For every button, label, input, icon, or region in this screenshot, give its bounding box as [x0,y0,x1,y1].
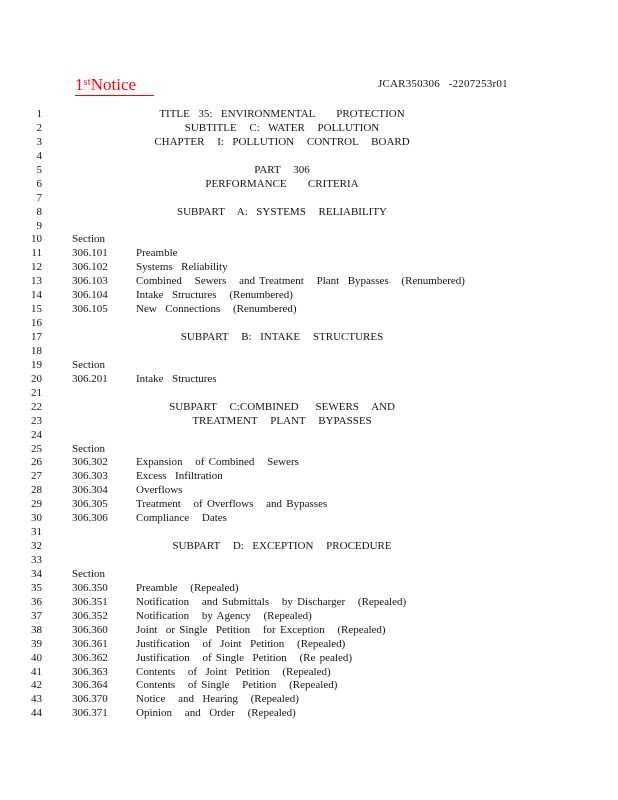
section-title: Notification and Submittals by Discharge… [136,596,406,608]
doc-line: 9 [0,220,618,234]
line-number: 7 [0,192,42,206]
line-content: 306.352Notification by Agency (Repealed) [42,610,618,624]
line-number: 30 [0,512,42,526]
line-content: CHAPTER I: POLLUTION CONTROL BOARD [42,136,618,150]
section-number: 306.370 [72,693,136,707]
doc-line: 36306.351Notification and Submittals by … [0,596,618,610]
first-notice-word: Notice [91,75,136,94]
section-title: New Connections (Renumbered) [136,303,297,315]
jcar-document-reference: JCAR350306 -2207253r01 [378,78,508,90]
line-content: 306.103Combined Sewers and Treatment Pla… [42,275,618,289]
line-number: 9 [0,220,42,234]
first-notice-number: 1 [75,75,84,94]
line-number: 29 [0,498,42,512]
doc-line: 21 [0,387,618,401]
section-column-label: Section [72,568,105,582]
line-number: 35 [0,582,42,596]
line-content: TREATMENT PLANT BYPASSES [42,415,618,429]
line-number: 16 [0,317,42,331]
centered-heading: PART 306 [72,164,492,178]
line-number: 10 [0,233,42,247]
doc-line: 34Section [0,568,618,582]
doc-line: 31 [0,526,618,540]
first-notice-superscript: st [84,77,91,88]
line-number: 32 [0,540,42,554]
section-number: 306.103 [72,275,136,289]
line-content: 306.370Notice and Hearing (Repealed) [42,693,618,707]
line-number: 44 [0,707,42,721]
line-number: 1 [0,108,42,122]
doc-line: 35306.350Preamble (Repealed) [0,582,618,596]
section-title: Intake Structures (Renumbered) [136,289,293,301]
section-column-label: Section [72,359,105,373]
line-number: 36 [0,596,42,610]
doc-line: 43306.370Notice and Hearing (Repealed) [0,693,618,707]
line-content [42,554,618,568]
line-number: 3 [0,136,42,150]
doc-line: 5PART 306 [0,164,618,178]
doc-line: 24 [0,429,618,443]
centered-heading: PERFORMANCE CRITERIA [72,178,492,192]
line-number: 24 [0,429,42,443]
section-title: Notification by Agency (Repealed) [136,610,312,622]
doc-line: 29306.305Treatment of Overflows and Bypa… [0,498,618,512]
doc-line: 10Section [0,233,618,247]
doc-line: 18 [0,345,618,359]
section-number: 306.101 [72,247,136,261]
line-content [42,526,618,540]
section-title: Contents of Joint Petition (Repealed) [136,666,331,678]
doc-line: 23TREATMENT PLANT BYPASSES [0,415,618,429]
doc-line: 26306.302Expansion of Combined Sewers [0,456,618,470]
line-content [42,220,618,234]
line-content [42,345,618,359]
doc-line: 13306.103Combined Sewers and Treatment P… [0,275,618,289]
section-title: Compliance Dates [136,512,227,524]
line-number: 22 [0,401,42,415]
doc-line: 17SUBPART B: INTAKE STRUCTURES [0,331,618,345]
line-number: 43 [0,693,42,707]
section-title: Combined Sewers and Treatment Plant Bypa… [136,275,465,287]
line-number: 28 [0,484,42,498]
section-title: Preamble [136,247,178,259]
line-content: 306.305Treatment of Overflows and Bypass… [42,498,618,512]
line-number: 6 [0,178,42,192]
line-content: 306.371Opinion and Order (Repealed) [42,707,618,721]
section-number: 306.371 [72,707,136,721]
section-number: 306.352 [72,610,136,624]
line-content: SUBPART A: SYSTEMS RELIABILITY [42,206,618,220]
line-content: PART 306 [42,164,618,178]
line-number: 38 [0,624,42,638]
line-content: 306.101Preamble [42,247,618,261]
section-number: 306.360 [72,624,136,638]
section-title: Treatment of Overflows and Bypasses [136,498,327,510]
line-number: 34 [0,568,42,582]
line-number: 33 [0,554,42,568]
line-number: 2 [0,122,42,136]
doc-line: 20306.201Intake Structures [0,373,618,387]
line-content: 306.302Expansion of Combined Sewers [42,456,618,470]
section-number: 306.350 [72,582,136,596]
centered-heading: SUBPART C:COMBINED SEWERS AND [72,401,492,415]
document-body: 1TITLE 35: ENVIRONMENTAL PROTECTION2SUBT… [0,108,618,721]
doc-line: 28306.304Overflows [0,484,618,498]
doc-line: 32SUBPART D: EXCEPTION PROCEDURE [0,540,618,554]
section-number: 306.362 [72,652,136,666]
line-content: 306.360Joint or Single Petition for Exce… [42,624,618,638]
doc-line: 37306.352Notification by Agency (Repeale… [0,610,618,624]
centered-heading: SUBPART D: EXCEPTION PROCEDURE [72,540,492,554]
section-number: 306.303 [72,470,136,484]
line-number: 31 [0,526,42,540]
line-content: SUBPART B: INTAKE STRUCTURES [42,331,618,345]
line-content: 306.304Overflows [42,484,618,498]
doc-line: 1TITLE 35: ENVIRONMENTAL PROTECTION [0,108,618,122]
section-title: Preamble (Repealed) [136,582,239,594]
line-content: Section [42,568,618,582]
line-content: 306.104Intake Structures (Renumbered) [42,289,618,303]
line-content: 306.105New Connections (Renumbered) [42,303,618,317]
line-number: 25 [0,443,42,457]
line-content: 306.201Intake Structures [42,373,618,387]
line-number: 39 [0,638,42,652]
line-number: 19 [0,359,42,373]
section-column-label: Section [72,233,105,247]
line-content [42,192,618,206]
section-title: Intake Structures [136,373,217,385]
line-content: 306.364Contents of Single Petition (Repe… [42,679,618,693]
section-number: 306.364 [72,679,136,693]
section-title: Justification of Single Petition (Re pea… [136,652,352,664]
doc-line: 3CHAPTER I: POLLUTION CONTROL BOARD [0,136,618,150]
line-content: Section [42,233,618,247]
line-number: 41 [0,666,42,680]
doc-line: 38306.360Joint or Single Petition for Ex… [0,624,618,638]
line-number: 40 [0,652,42,666]
section-title: Opinion and Order (Repealed) [136,707,296,719]
section-number: 306.105 [72,303,136,317]
doc-line: 44306.371Opinion and Order (Repealed) [0,707,618,721]
line-content: SUBTITLE C: WATER POLLUTION [42,122,618,136]
line-content [42,150,618,164]
section-title: Contents of Single Petition (Repealed) [136,679,337,691]
line-number: 26 [0,456,42,470]
doc-line: 39306.361Justification of Joint Petition… [0,638,618,652]
section-column-label: Section [72,443,105,457]
section-title: Systems Reliability [136,261,228,273]
line-content: 306.102Systems Reliability [42,261,618,275]
line-content: Section [42,359,618,373]
section-title: Overflows [136,484,182,496]
doc-line: 11306.101Preamble [0,247,618,261]
section-number: 306.306 [72,512,136,526]
doc-line: 40306.362Justification of Single Petitio… [0,652,618,666]
section-title: Excess Infiltration [136,470,223,482]
doc-line: 7 [0,192,618,206]
doc-line: 27306.303Excess Infiltration [0,470,618,484]
line-content [42,429,618,443]
line-content: Section [42,443,618,457]
line-content: PERFORMANCE CRITERIA [42,178,618,192]
doc-line: 19Section [0,359,618,373]
line-content: 306.363Contents of Joint Petition (Repea… [42,666,618,680]
section-number: 306.104 [72,289,136,303]
line-number: 4 [0,150,42,164]
line-number: 5 [0,164,42,178]
doc-line: 12306.102Systems Reliability [0,261,618,275]
centered-heading: SUBPART A: SYSTEMS RELIABILITY [72,206,492,220]
section-title: Justification of Joint Petition (Repeale… [136,638,345,650]
line-content [42,317,618,331]
section-title: Notice and Hearing (Repealed) [136,693,299,705]
line-number: 27 [0,470,42,484]
line-content: 306.351Notification and Submittals by Di… [42,596,618,610]
line-number: 15 [0,303,42,317]
section-number: 306.363 [72,666,136,680]
line-number: 17 [0,331,42,345]
doc-line: 30306.306Compliance Dates [0,512,618,526]
line-content: 306.361Justification of Joint Petition (… [42,638,618,652]
doc-line: 16 [0,317,618,331]
line-content: SUBPART D: EXCEPTION PROCEDURE [42,540,618,554]
doc-line: 6PERFORMANCE CRITERIA [0,178,618,192]
section-title: Expansion of Combined Sewers [136,456,299,468]
centered-heading: SUBTITLE C: WATER POLLUTION [72,122,492,136]
line-content: 306.306Compliance Dates [42,512,618,526]
line-content: 306.362Justification of Single Petition … [42,652,618,666]
document-page: 1stNotice JCAR350306 -2207253r01 1TITLE … [0,0,618,800]
centered-heading: SUBPART B: INTAKE STRUCTURES [72,331,492,345]
section-number: 306.302 [72,456,136,470]
line-number: 21 [0,387,42,401]
first-notice-label: 1stNotice [75,72,154,96]
doc-line: 41306.363Contents of Joint Petition (Rep… [0,666,618,680]
section-title: Joint or Single Petition for Exception (… [136,624,386,636]
section-number: 306.351 [72,596,136,610]
line-content: SUBPART C:COMBINED SEWERS AND [42,401,618,415]
line-number: 11 [0,247,42,261]
section-number: 306.201 [72,373,136,387]
section-number: 306.361 [72,638,136,652]
line-number: 12 [0,261,42,275]
line-content [42,387,618,401]
line-number: 23 [0,415,42,429]
doc-line: 4 [0,150,618,164]
centered-heading: TREATMENT PLANT BYPASSES [72,415,492,429]
section-number: 306.304 [72,484,136,498]
doc-line: 42306.364Contents of Single Petition (Re… [0,679,618,693]
section-number: 306.102 [72,261,136,275]
line-number: 13 [0,275,42,289]
centered-heading: CHAPTER I: POLLUTION CONTROL BOARD [72,136,492,150]
section-number: 306.305 [72,498,136,512]
doc-line: 8SUBPART A: SYSTEMS RELIABILITY [0,206,618,220]
doc-line: 15306.105New Connections (Renumbered) [0,303,618,317]
line-number: 14 [0,289,42,303]
doc-line: 33 [0,554,618,568]
line-number: 8 [0,206,42,220]
doc-line: 2SUBTITLE C: WATER POLLUTION [0,122,618,136]
line-content: 306.303Excess Infiltration [42,470,618,484]
line-content: TITLE 35: ENVIRONMENTAL PROTECTION [42,108,618,122]
line-content: 306.350Preamble (Repealed) [42,582,618,596]
line-number: 18 [0,345,42,359]
doc-line: 25Section [0,443,618,457]
doc-line: 14306.104Intake Structures (Renumbered) [0,289,618,303]
centered-heading: TITLE 35: ENVIRONMENTAL PROTECTION [72,108,492,122]
line-number: 20 [0,373,42,387]
line-number: 42 [0,679,42,693]
line-number: 37 [0,610,42,624]
doc-line: 22SUBPART C:COMBINED SEWERS AND [0,401,618,415]
